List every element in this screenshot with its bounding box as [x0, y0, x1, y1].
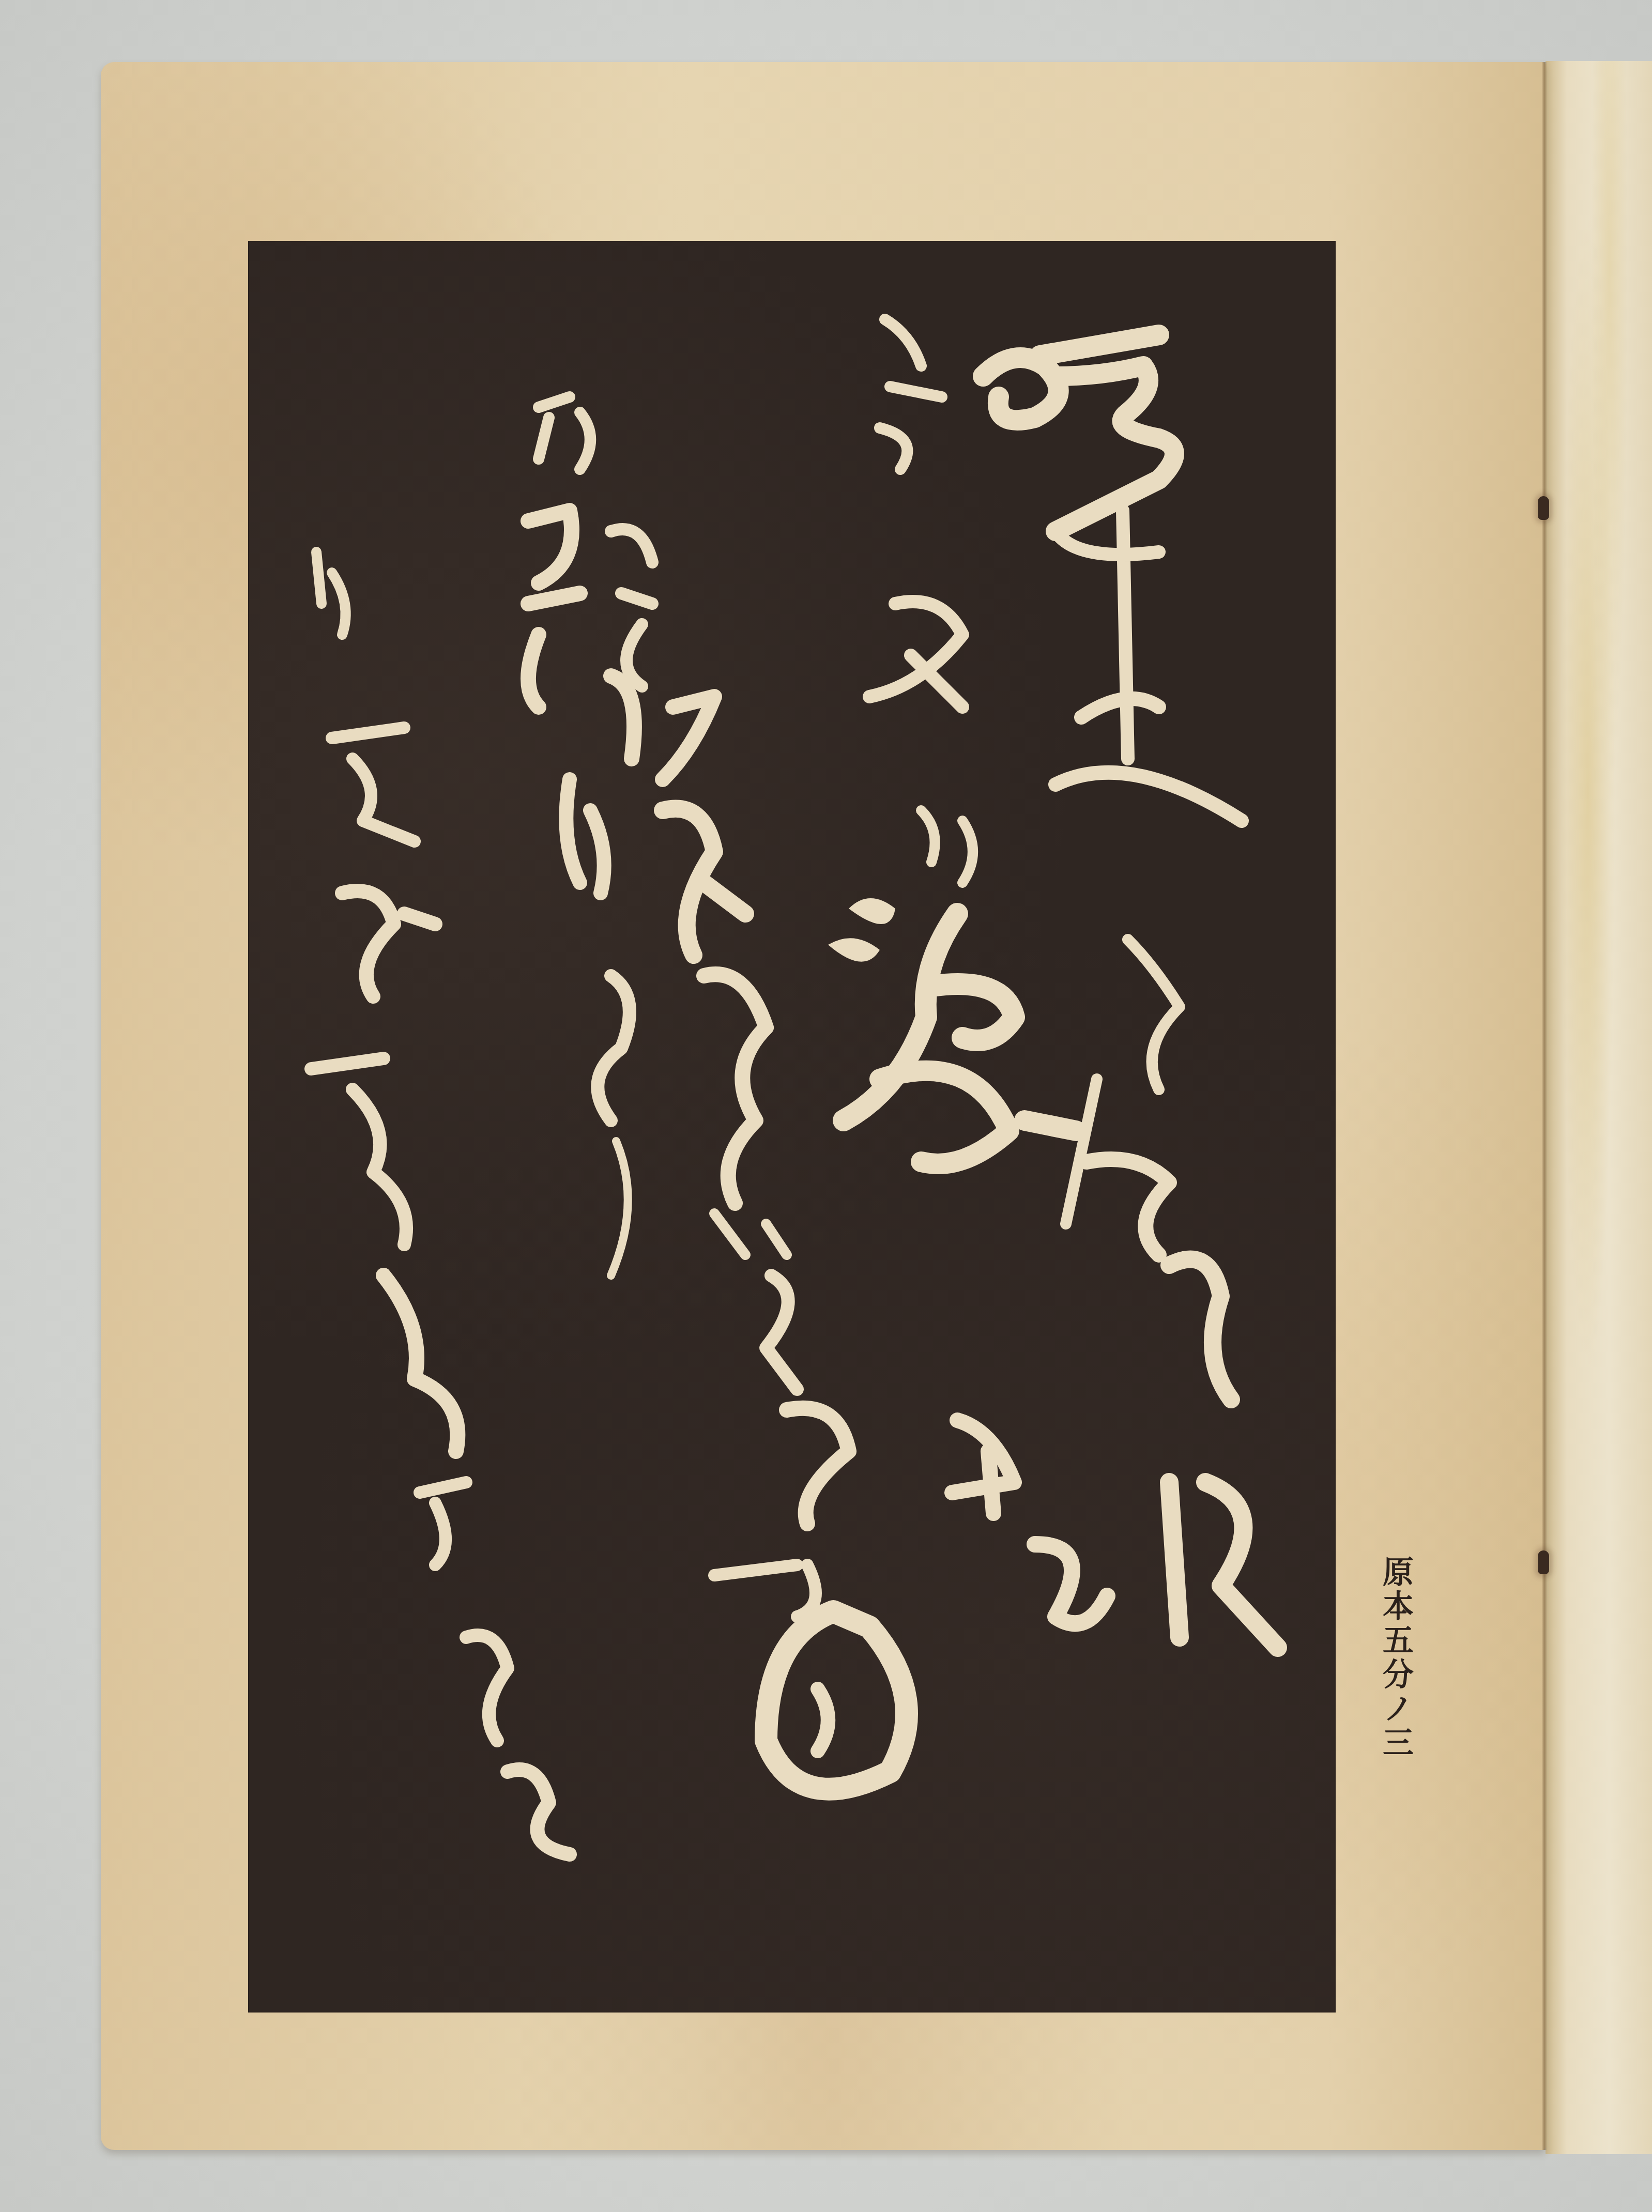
calligraphy-strokes	[249, 242, 1335, 2011]
facing-page	[1546, 61, 1652, 2154]
calligraphy-column-2	[828, 319, 1107, 1623]
book-gutter	[1542, 62, 1547, 2150]
binding-staple-bottom	[1538, 1550, 1549, 1574]
calligraphy-rubbing-panel	[249, 242, 1335, 2011]
scale-caption: 原本五分ノ三	[1370, 1556, 1421, 1760]
calligraphy-column-1	[983, 335, 1278, 1648]
calligraphy-column-5	[311, 552, 570, 1854]
binding-staple-top	[1538, 496, 1549, 520]
calligraphy-column-3	[611, 529, 907, 1789]
